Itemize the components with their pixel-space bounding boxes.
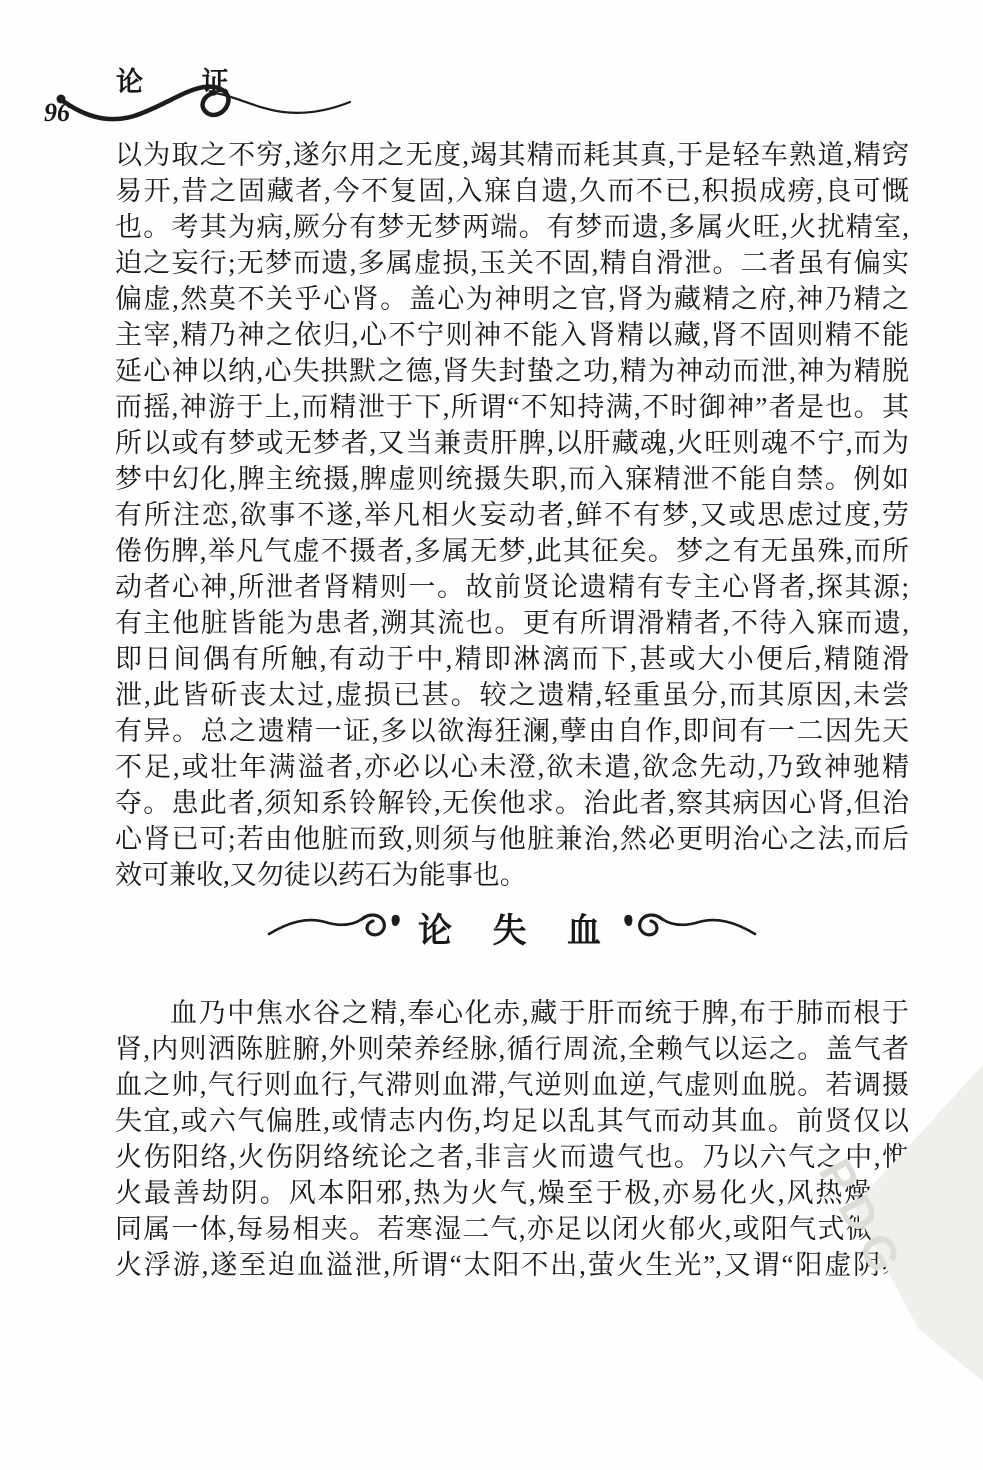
section-heading: 论 失 血	[115, 898, 909, 956]
paragraph-continued: 以为取之不穷,遂尔用之无度,竭其精而耗其真,于是轻车熟道,精窍 易开,昔之固藏者…	[115, 137, 909, 893]
section-paragraph: 血乃中焦水谷之精,奉心化赤,藏于肝而统于脾,布于肺而根于 肾,内则洒陈脏腑,外则…	[115, 995, 909, 1283]
text-line: 效可兼收,又勿徒以药石为能事也。	[115, 857, 909, 893]
text-line: 动者心神,所泄者肾精则一。故前贤论遗精有专主心肾者,探其源;	[115, 569, 909, 605]
page-number: 96	[44, 98, 70, 128]
text-line: 不足,或壮年满溢者,亦必以心未澄,欲未遣,欲念先动,乃致神驰精	[115, 749, 909, 785]
text-line: 也。考其为病,厥分有梦无梦两端。有梦而遗,多属火旺,火扰精室,	[115, 209, 909, 245]
text-line: 梦中幻化,脾主统摄,脾虚则统摄失职,而入寐精泄不能自禁。例如	[115, 461, 909, 497]
text-line: 有主他脏皆能为患者,溯其流也。更有所谓滑精者,不待入寐而遗,	[115, 605, 909, 641]
text-line: 夺。患此者,须知系铃解铃,无俟他求。治此者,察其病因心肾,但治	[115, 785, 909, 821]
text-line: 主宰,精乃神之依归,心不宁则神不能入肾精以藏,肾不固则精不能	[115, 317, 909, 353]
text-line: 倦伤脾,举凡气虚不摄者,多属无梦,此其征矣。梦之有无虽殊,而所	[115, 533, 909, 569]
heading-flourish-left-icon	[267, 907, 402, 947]
text-line: 偏虚,然莫不关乎心肾。盖心为神明之官,肾为藏精之府,神乃精之	[115, 281, 909, 317]
text-line: 火浮游,遂至迫血溢泄,所谓“太阳不出,萤火生光”,又谓“阳虚阴必	[115, 1247, 909, 1283]
text-line: 泄,此皆斫丧太过,虚损已甚。较之遗精,轻重虽分,而其原因,未尝	[115, 677, 909, 713]
header-swirl-ornament-icon	[50, 76, 360, 138]
text-line: 火伤阳络,火伤阴络统论之者,非言火而遗气也。乃以六气之中,惟	[115, 1139, 909, 1175]
text-line: 心肾已可;若由他脏而致,则须与他脏兼治,然必更明治心之法,而后	[115, 821, 909, 857]
text-line: 失宜,或六气偏胜,或情志内伤,均足以乱其气而动其血。前贤仅以	[115, 1103, 909, 1139]
text-line: 有所注恋,欲事不遂,举凡相火妄动者,鲜不有梦,又或思虑过度,劳	[115, 497, 909, 533]
text-line: 同属一体,每易相夹。若寒湿二气,亦足以闭火郁火,或阳气式微,虚	[115, 1211, 909, 1247]
section-title: 论 失 血	[418, 903, 606, 952]
text-line: 易开,昔之固藏者,今不复固,入寐自遗,久而不已,积损成痨,良可慨	[115, 173, 909, 209]
text-line: 而摇,神游于上,而精泄于下,所谓“不知持满,不时御神”者是也。其	[115, 389, 909, 425]
text-line: 有异。总之遗精一证,多以欲海狂澜,孽由自作,即间有一二因先天	[115, 713, 909, 749]
text-line: 血之帅,气行则血行,气滞则血滞,气逆则血逆,气虚则血脱。若调摄	[115, 1067, 909, 1103]
scanned-book-page: 论 证 96 以为取之不穷,遂尔用之无度,竭其精而耗其真,于是轻车熟道,精窍 易…	[0, 0, 983, 1470]
text-line: 肾,内则洒陈脏腑,外则荣养经脉,循行周流,全赖气以运之。盖气者	[115, 1031, 909, 1067]
text-line: 血乃中焦水谷之精,奉心化赤,藏于肝而统于脾,布于肺而根于	[115, 995, 909, 1031]
heading-flourish-right-icon	[622, 907, 757, 947]
text-line: 即日间偶有所触,有动于中,精即淋漓而下,甚或大小便后,精随滑	[115, 641, 909, 677]
text-line: 迫之妄行;无梦而遗,多属虚损,玉关不固,精自滑泄。二者虽有偏实	[115, 245, 909, 281]
text-line: 以为取之不穷,遂尔用之无度,竭其精而耗其真,于是轻车熟道,精窍	[115, 137, 909, 173]
text-line: 火最善劫阴。风本阳邪,热为火气,燥至于极,亦易化火,风热燥火,	[115, 1175, 909, 1211]
text-line: 延心神以纳,心失拱默之德,肾失封蛰之功,精为神动而泄,神为精脱	[115, 353, 909, 389]
text-line: 所以或有梦或无梦者,又当兼责肝脾,以肝藏魂,火旺则魂不宁,而为	[115, 425, 909, 461]
